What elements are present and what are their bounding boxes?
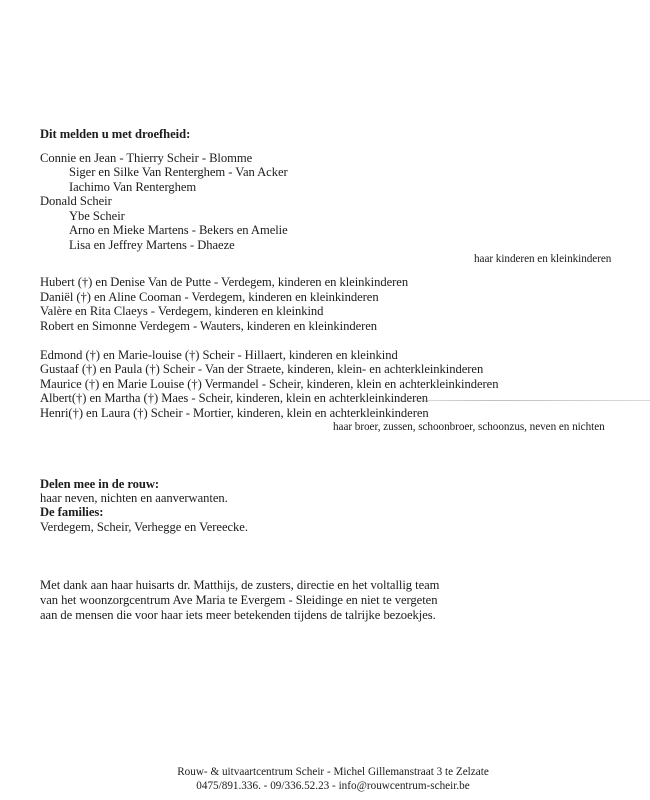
thanks-line: Met dank aan haar huisarts dr. Matthijs,… <box>40 578 439 592</box>
family-line: Iachimo Van Renterghem <box>69 180 196 194</box>
mourning-text: haar neven, nichten en aanverwanten. <box>40 491 228 505</box>
sibling-line: Maurice (†) en Marie Louise (†) Vermande… <box>40 377 498 391</box>
footer-address: Rouw- & uitvaartcentrum Scheir - Michel … <box>0 765 650 779</box>
family-line: Connie en Jean - Thierry Scheir - Blomme <box>40 151 252 165</box>
thanks-line: aan de mensen die voor haar iets meer be… <box>40 608 436 622</box>
mourning-heading: Delen mee in de rouw: <box>40 477 159 491</box>
families-text: Verdegem, Scheir, Verhegge en Vereecke. <box>40 520 248 534</box>
family-line: Donald Scheir <box>40 194 112 208</box>
sibling-line: Robert en Simonne Verdegem - Wauters, ki… <box>40 319 377 333</box>
families-heading: De families: <box>40 505 103 519</box>
sibling-line: Albert(†) en Martha (†) Maes - Scheir, k… <box>40 391 428 405</box>
sibling-line: Daniël (†) en Aline Cooman - Verdegem, k… <box>40 290 379 304</box>
sibling-line: Gustaaf (†) en Paula (†) Scheir - Van de… <box>40 362 483 376</box>
scan-artifact-line <box>388 400 650 401</box>
footer-contact: 0475/891.336. - 09/336.52.23 - info@rouw… <box>0 779 650 793</box>
sibling-line: Edmond (†) en Marie-louise (†) Scheir - … <box>40 348 398 362</box>
family-line: Siger en Silke Van Renterghem - Van Acke… <box>69 165 288 179</box>
family-line: Arno en Mieke Martens - Bekers en Amelie <box>69 223 288 237</box>
children-note: haar kinderen en kleinkinderen <box>474 252 611 266</box>
family-line: Lisa en Jeffrey Martens - Dhaeze <box>69 238 235 252</box>
sibling-line: Hubert (†) en Denise Van de Putte - Verd… <box>40 275 408 289</box>
siblings-note: haar broer, zussen, schoonbroer, schoonz… <box>333 420 605 434</box>
announcement-heading: Dit melden u met droefheid: <box>40 127 190 141</box>
sibling-line: Henri(†) en Laura (†) Scheir - Mortier, … <box>40 406 429 420</box>
sibling-line: Valère en Rita Claeys - Verdegem, kinder… <box>40 304 323 318</box>
family-line: Ybe Scheir <box>69 209 125 223</box>
thanks-line: van het woonzorgcentrum Ave Maria te Eve… <box>40 593 437 607</box>
